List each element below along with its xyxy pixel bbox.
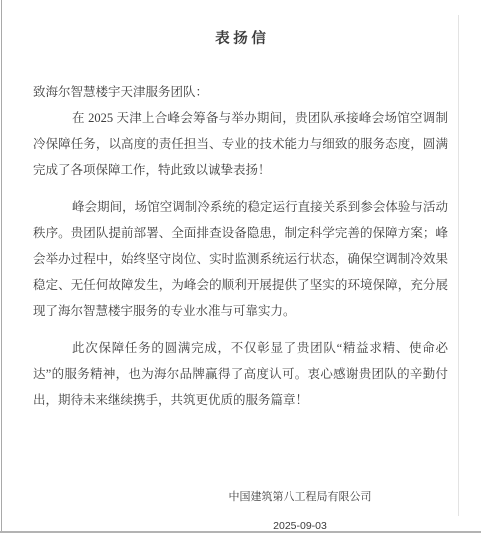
page-right-edge-line [458,15,459,516]
letter-title: 表 扬 信 [33,30,448,48]
signature-date: 2025-09-03 [200,518,400,534]
page-left-edge-line [1,0,2,532]
signature-block: 中国建筑第八工程局有限公司 2025-09-03 [200,489,400,534]
signature-company: 中国建筑第八工程局有限公司 [200,489,400,505]
letter-paragraph-1: 在 2025 天津上合峰会筹备与举办期间，贵团队承接峰会场馆空调制冷保障任务，以… [33,105,448,183]
letter-paragraph-2: 峰会期间，场馆空调制冷系统的稳定运行直接关系到参会体验与活动秩序。贵团队提前部署… [33,194,448,324]
commendation-letter-page: 表 扬 信 致海尔智慧楼宇天津服务团队： 在 2025 天津上合峰会筹备与举办期… [0,0,481,539]
letter-greeting: 致海尔智慧楼宇天津服务团队： [33,79,448,105]
letter-content: 表 扬 信 致海尔智慧楼宇天津服务团队： 在 2025 天津上合峰会筹备与举办期… [33,0,448,534]
letter-paragraph-3: 此次保障任务的圆满完成，不仅彰显了贵团队“精益求精、使命必达”的服务精神，也为海… [33,335,448,413]
